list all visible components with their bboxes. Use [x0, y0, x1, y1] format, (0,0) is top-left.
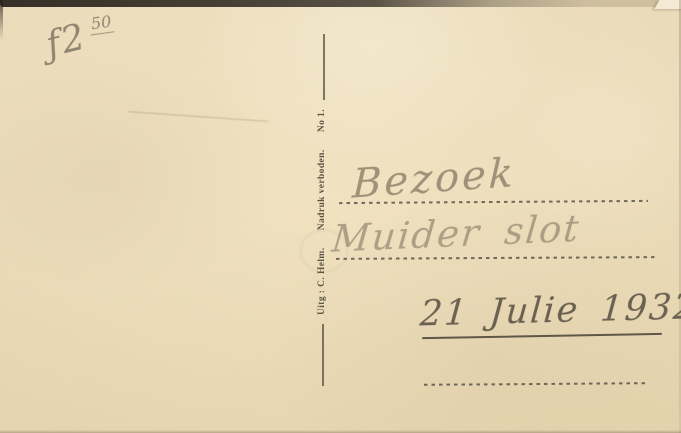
price-superscript: 50 — [88, 11, 115, 35]
handwriting-line-1: Bezoek — [351, 150, 516, 208]
postcard-back: ƒ250 Uitg : C. Helm. Nadruk verboden. No… — [0, 0, 681, 433]
publisher-name: Uitg : C. Helm. — [317, 248, 327, 315]
date-underline-stroke — [422, 333, 662, 339]
divider-line-bottom — [322, 324, 324, 386]
writing-line-3 — [424, 382, 648, 385]
copyright-notice: Nadruk verboden. — [317, 149, 327, 230]
publisher-imprint: Uitg : C. Helm. Nadruk verboden. No 1. — [315, 109, 329, 315]
divider-line-top — [323, 34, 325, 100]
handwriting-date: 21 Julie 1932 — [418, 287, 681, 334]
scan-top-edge-shadow — [0, 0, 681, 7]
price-value: ƒ2 — [42, 17, 91, 67]
paper-crease — [128, 111, 268, 122]
scan-left-edge-shadow — [0, 0, 3, 40]
pencil-price-mark: ƒ250 — [42, 11, 115, 66]
torn-corner-notch — [654, 0, 681, 9]
handwriting-line-2: Muider slot — [330, 206, 582, 260]
card-number: No 1. — [317, 109, 327, 132]
